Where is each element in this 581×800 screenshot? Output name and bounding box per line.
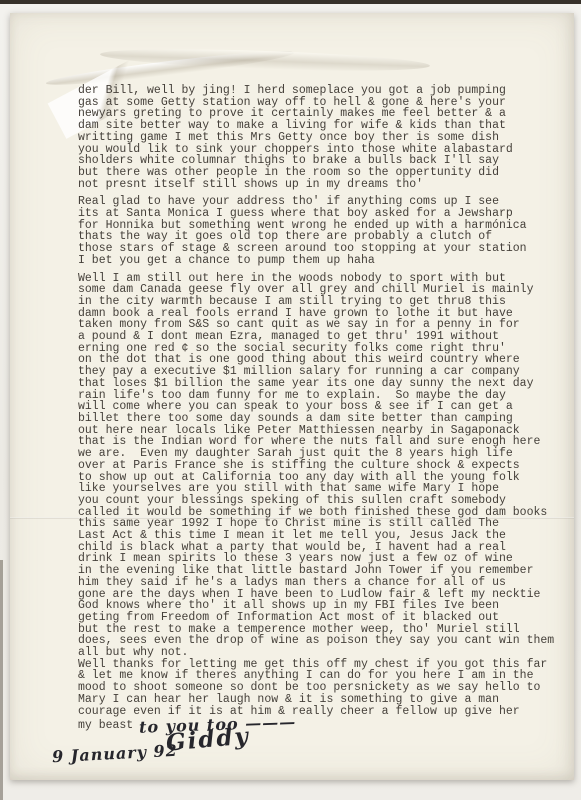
- scanned-letter: der Bill, well by jing! I herd someplace…: [0, 0, 581, 800]
- letter-paragraph-1: der Bill, well by jing! I herd someplace…: [78, 85, 570, 190]
- closing-typed-text: my beast: [78, 719, 133, 732]
- signature: Giddy: [166, 730, 251, 749]
- scan-edge-top: [0, 0, 581, 4]
- letter-body: der Bill, well by jing! I herd someplace…: [78, 85, 570, 751]
- letter-paragraph-3: Well I am still out here in the woods no…: [78, 273, 570, 659]
- handwritten-date: 9 January 92: [52, 741, 179, 767]
- scan-edge-left: [0, 560, 3, 800]
- letter-paragraph-2: Real glad to have your address tho' if a…: [78, 196, 570, 266]
- letter-paragraph-4: Well thanks for letting me get this off …: [78, 659, 570, 718]
- letter-page: der Bill, well by jing! I herd someplace…: [10, 13, 574, 780]
- letter-closing-line: my beastto you too ———: [78, 717, 570, 732]
